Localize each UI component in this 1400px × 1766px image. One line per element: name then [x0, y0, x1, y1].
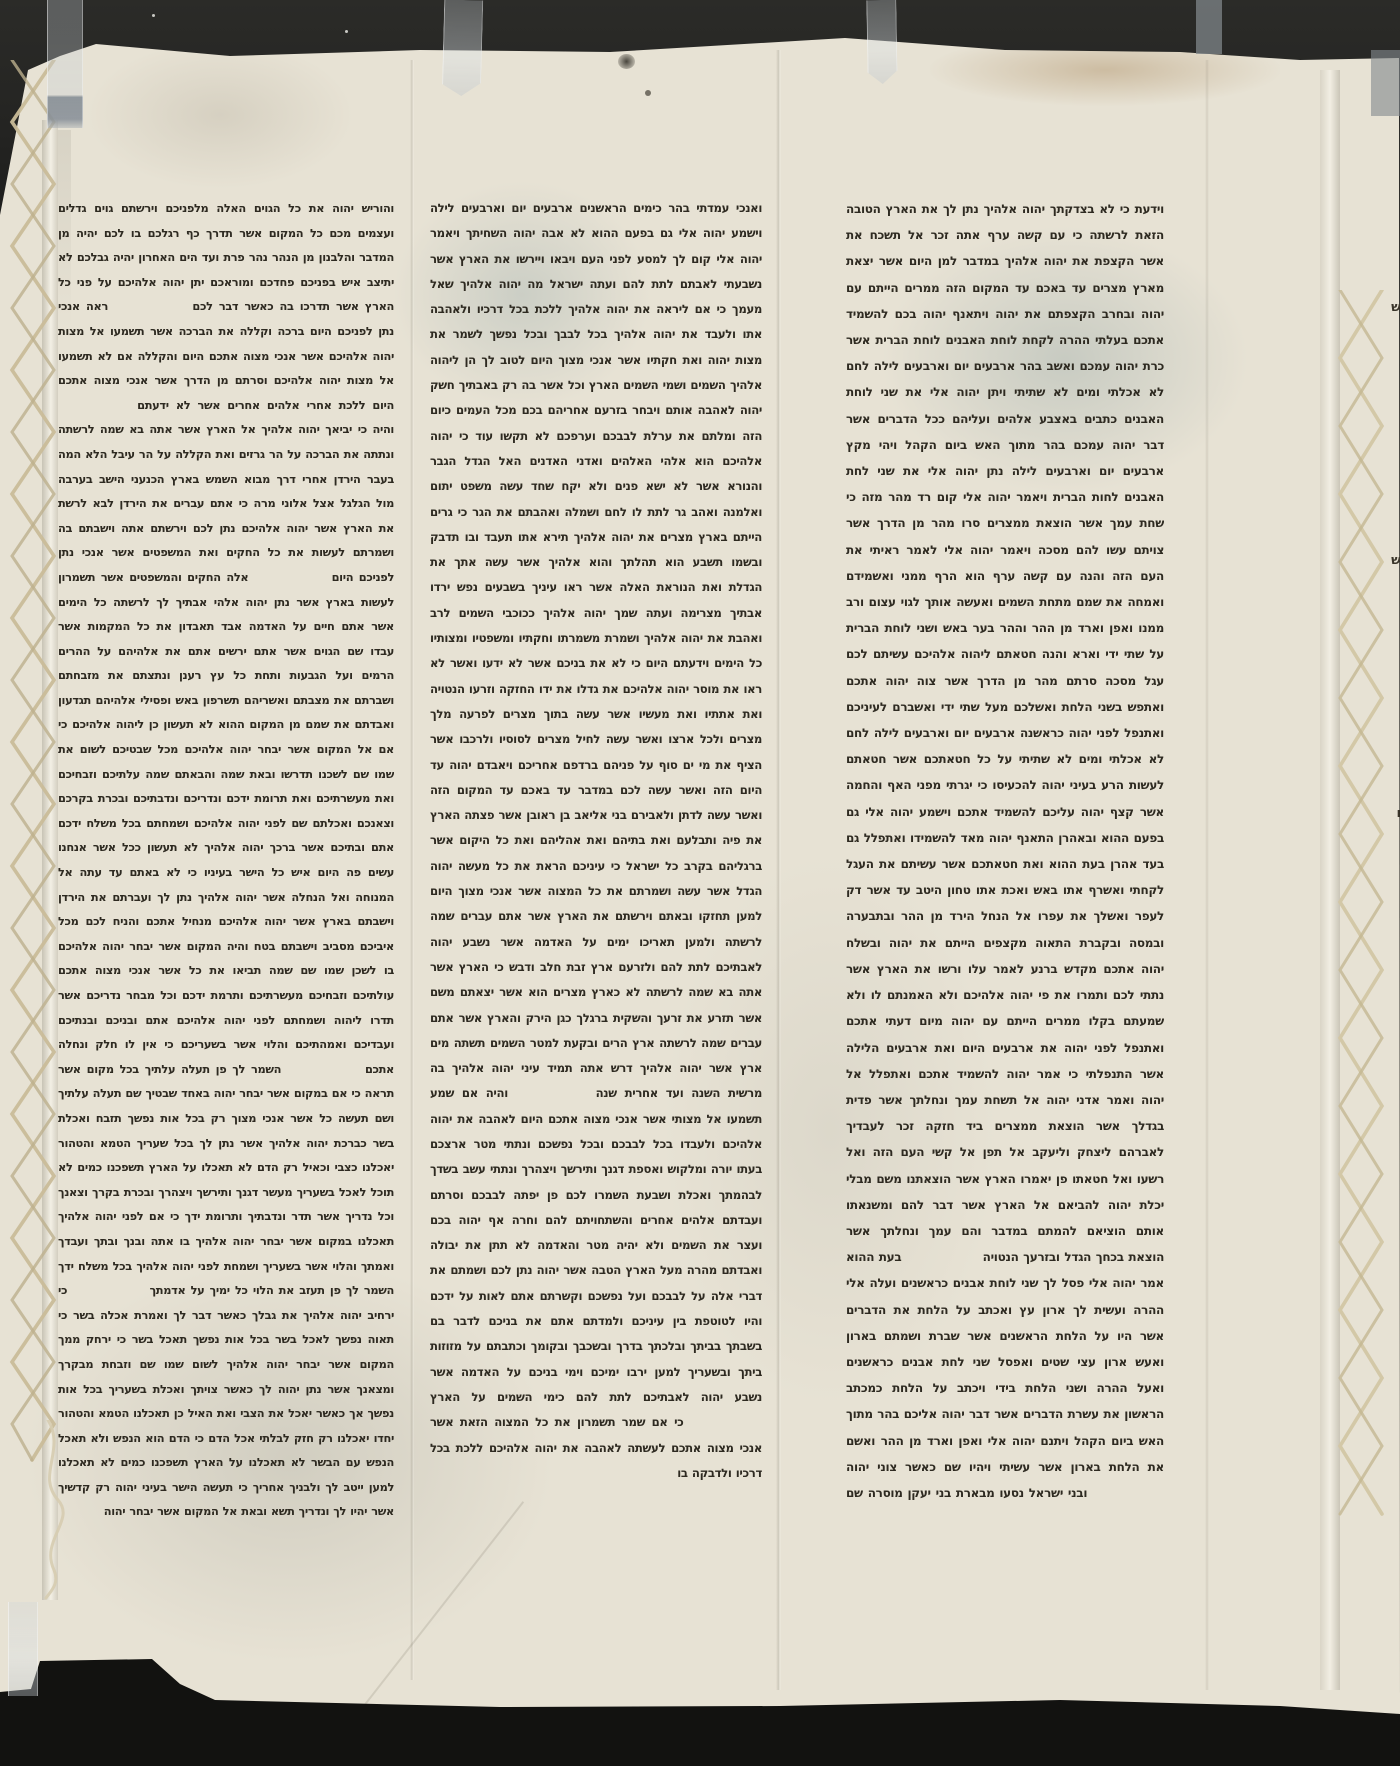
section-break-gap — [114, 308, 186, 310]
fold-crease-left-gutter — [410, 60, 414, 1680]
torah-column-left: והוריש יהוה את כל הגוים האלה מלפניכם ויר… — [58, 196, 394, 1541]
torah-column-middle: ואנכי עמדתי בהר כימים הראשנים ארבעים יום… — [430, 196, 762, 1518]
seam-stitching-left-icon — [2, 60, 64, 1470]
dust-speck — [152, 14, 155, 17]
fold-crease-right-margin — [1205, 60, 1209, 1690]
section-break-gap — [906, 1259, 978, 1261]
adjacent-letter-fragment: ש — [1390, 300, 1400, 315]
torah-paragraph: וידעת כי לא בצדקתך יהוה אלהיך נתן לך את … — [846, 202, 1164, 1264]
torah-paragraph: אלה החקים והמשפטים אשר תשמרון לעשות בארץ… — [58, 570, 394, 1076]
fold-crease-right-gutter — [776, 50, 781, 1690]
section-break-gap — [690, 1424, 762, 1426]
tape-tab-top-right — [1196, 0, 1222, 54]
tape-strip-bottom-left — [8, 1602, 38, 1696]
section-break-gap — [1092, 1495, 1164, 1497]
torah-paragraph: והיה כי יביאך יהוה אלהיך אל הארץ אשר אתה… — [58, 422, 394, 584]
torah-paragraph: ראה אנכי נתן לפניכם היום ברכה וקללה את ה… — [58, 299, 394, 411]
tape-strip-top-center-left — [442, 0, 483, 96]
stain-tan-top-edge — [930, 34, 1280, 106]
ink-speck — [645, 90, 651, 96]
section-break-gap — [516, 1095, 588, 1097]
torah-paragraph: כי ירחיב יהוה אלהיך את גבלך כאשר דבר לך … — [58, 1283, 394, 1518]
section-break-gap — [72, 1292, 144, 1294]
adjacent-sheet-edge: ששו — [1390, 300, 1400, 1550]
torah-paragraph: והיה אם שמע תשמעו אל מצותי אשר אנכי מצוה… — [430, 1086, 762, 1404]
section-break-gap — [287, 1071, 359, 1073]
stain-top-left — [85, 40, 355, 190]
torah-paragraph: בעת ההוא אמר יהוה אלי פסל לך שני לוחת אב… — [846, 1250, 1164, 1474]
torah-paragraph: השמר לך פן תעלה עלתיך בכל מקום אשר תראה … — [58, 1062, 394, 1297]
adjacent-letter-fragment: ו — [1390, 806, 1400, 821]
section-break-gap — [58, 407, 130, 409]
scroll-photograph: ששו וידעת כי לא בצדקתך יהוה אלהיך נתן לך… — [0, 0, 1400, 1766]
torah-paragraph: והוריש יהוה את כל הגוים האלה מלפניכם ויר… — [58, 201, 394, 313]
tape-tab-right-corner — [1371, 50, 1400, 116]
seam-stitching-right-icon — [1330, 290, 1392, 1530]
torah-paragraph: ואנכי עמדתי בהר כימים הראשנים ארבעים יום… — [430, 201, 762, 1100]
tape-strip-top-center-right — [866, 0, 897, 84]
section-break-gap — [254, 579, 326, 581]
ink-blot — [618, 54, 635, 69]
adjacent-letter-fragment: ש — [1390, 553, 1400, 568]
tape-strip-top-left — [47, 0, 83, 128]
torah-column-right: וידעת כי לא בצדקתך יהוה אלהיך נתן לך את … — [846, 196, 1164, 1506]
dust-speck — [345, 30, 348, 33]
